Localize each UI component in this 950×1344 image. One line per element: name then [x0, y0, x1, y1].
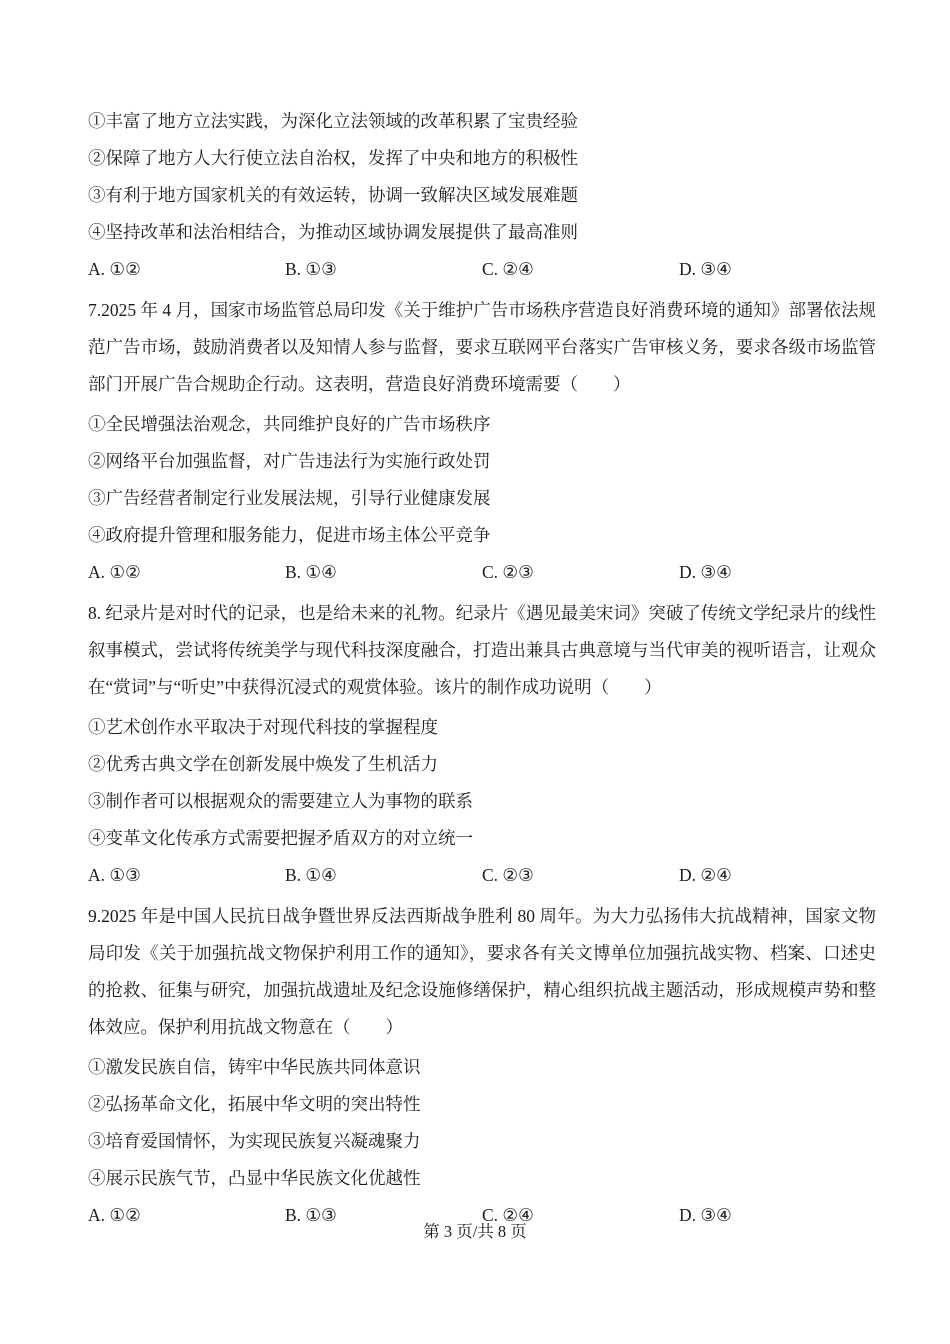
question-9: 9.2025 年是中国人民抗日战争暨世界反法西斯战争胜利 80 周年。为大力弘扬… [88, 898, 876, 1234]
question-7-choice-c: C. ②③ [482, 554, 679, 591]
question-9-stem: 9.2025 年是中国人民抗日战争暨世界反法西斯战争胜利 80 周年。为大力弘扬… [88, 898, 876, 1046]
question-6-option-2: ②保障了地方人大行使立法自治权，发挥了中央和地方的积极性 [88, 140, 876, 177]
question-7-choice-b: B. ①④ [285, 554, 482, 591]
question-6-choice-d: D. ③④ [679, 251, 732, 288]
question-6-option-3: ③有利于地方国家机关的有效运转，协调一致解决区域发展难题 [88, 177, 876, 214]
question-9-option-2: ②弘扬革命文化，拓展中华文明的突出特性 [88, 1086, 876, 1123]
question-7-option-1: ①全民增强法治观念，共同维护良好的广告市场秩序 [88, 406, 876, 443]
question-8-option-1: ①艺术创作水平取决于对现代科技的掌握程度 [88, 709, 876, 746]
question-7-option-2: ②网络平台加强监督，对广告违法行为实施行政处罚 [88, 443, 876, 480]
question-8-stem: 8. 纪录片是对时代的记录，也是给未来的礼物。纪录片《遇见最美宋词》突破了传统文… [88, 595, 876, 706]
question-7-choices-row: A. ①② B. ①④ C. ②③ D. ③④ [88, 554, 876, 591]
question-7-option-3: ③广告经营者制定行业发展法规，引导行业健康发展 [88, 480, 876, 517]
question-7: 7.2025 年 4 月，国家市场监管总局印发《关于维护广告市场秩序营造良好消费… [88, 292, 876, 591]
question-8-choice-c: C. ②③ [482, 857, 679, 894]
question-8-option-3: ③制作者可以根据观众的需要建立人为事物的联系 [88, 783, 876, 820]
question-6-choices-row: A. ①② B. ①③ C. ②④ D. ③④ [88, 251, 876, 288]
question-7-choice-d: D. ③④ [679, 554, 732, 591]
question-7-stem: 7.2025 年 4 月，国家市场监管总局印发《关于维护广告市场秩序营造良好消费… [88, 292, 876, 403]
question-8: 8. 纪录片是对时代的记录，也是给未来的礼物。纪录片《遇见最美宋词》突破了传统文… [88, 595, 876, 894]
question-6-option-4: ④坚持改革和法治相结合，为推动区域协调发展提供了最高准则 [88, 214, 876, 251]
question-8-option-2: ②优秀古典文学在创新发展中焕发了生机活力 [88, 746, 876, 783]
question-6-choice-c: C. ②④ [482, 251, 679, 288]
exam-page: ①丰富了地方立法实践，为深化立法领域的改革积累了宝贵经验 ②保障了地方人大行使立… [0, 0, 950, 1344]
question-6-choice-b: B. ①③ [285, 251, 482, 288]
question-6-choice-a: A. ①② [88, 251, 285, 288]
question-8-choice-d: D. ②④ [679, 857, 732, 894]
question-6-option-1: ①丰富了地方立法实践，为深化立法领域的改革积累了宝贵经验 [88, 103, 876, 140]
question-8-choice-b: B. ①④ [285, 857, 482, 894]
question-7-choice-a: A. ①② [88, 554, 285, 591]
question-7-option-4: ④政府提升管理和服务能力，促进市场主体公平竞争 [88, 517, 876, 554]
question-9-option-3: ③培育爱国情怀，为实现民族复兴凝魂聚力 [88, 1123, 876, 1160]
question-8-option-4: ④变革文化传承方式需要把握矛盾双方的对立统一 [88, 820, 876, 857]
question-9-option-1: ①激发民族自信，铸牢中华民族共同体意识 [88, 1049, 876, 1086]
question-6-continued: ①丰富了地方立法实践，为深化立法领域的改革积累了宝贵经验 ②保障了地方人大行使立… [88, 103, 876, 288]
question-8-choices-row: A. ①③ B. ①④ C. ②③ D. ②④ [88, 857, 876, 894]
page-number-footer: 第 3 页/共 8 页 [0, 1213, 950, 1250]
question-8-choice-a: A. ①③ [88, 857, 285, 894]
question-9-option-4: ④展示民族气节，凸显中华民族文化优越性 [88, 1160, 876, 1197]
